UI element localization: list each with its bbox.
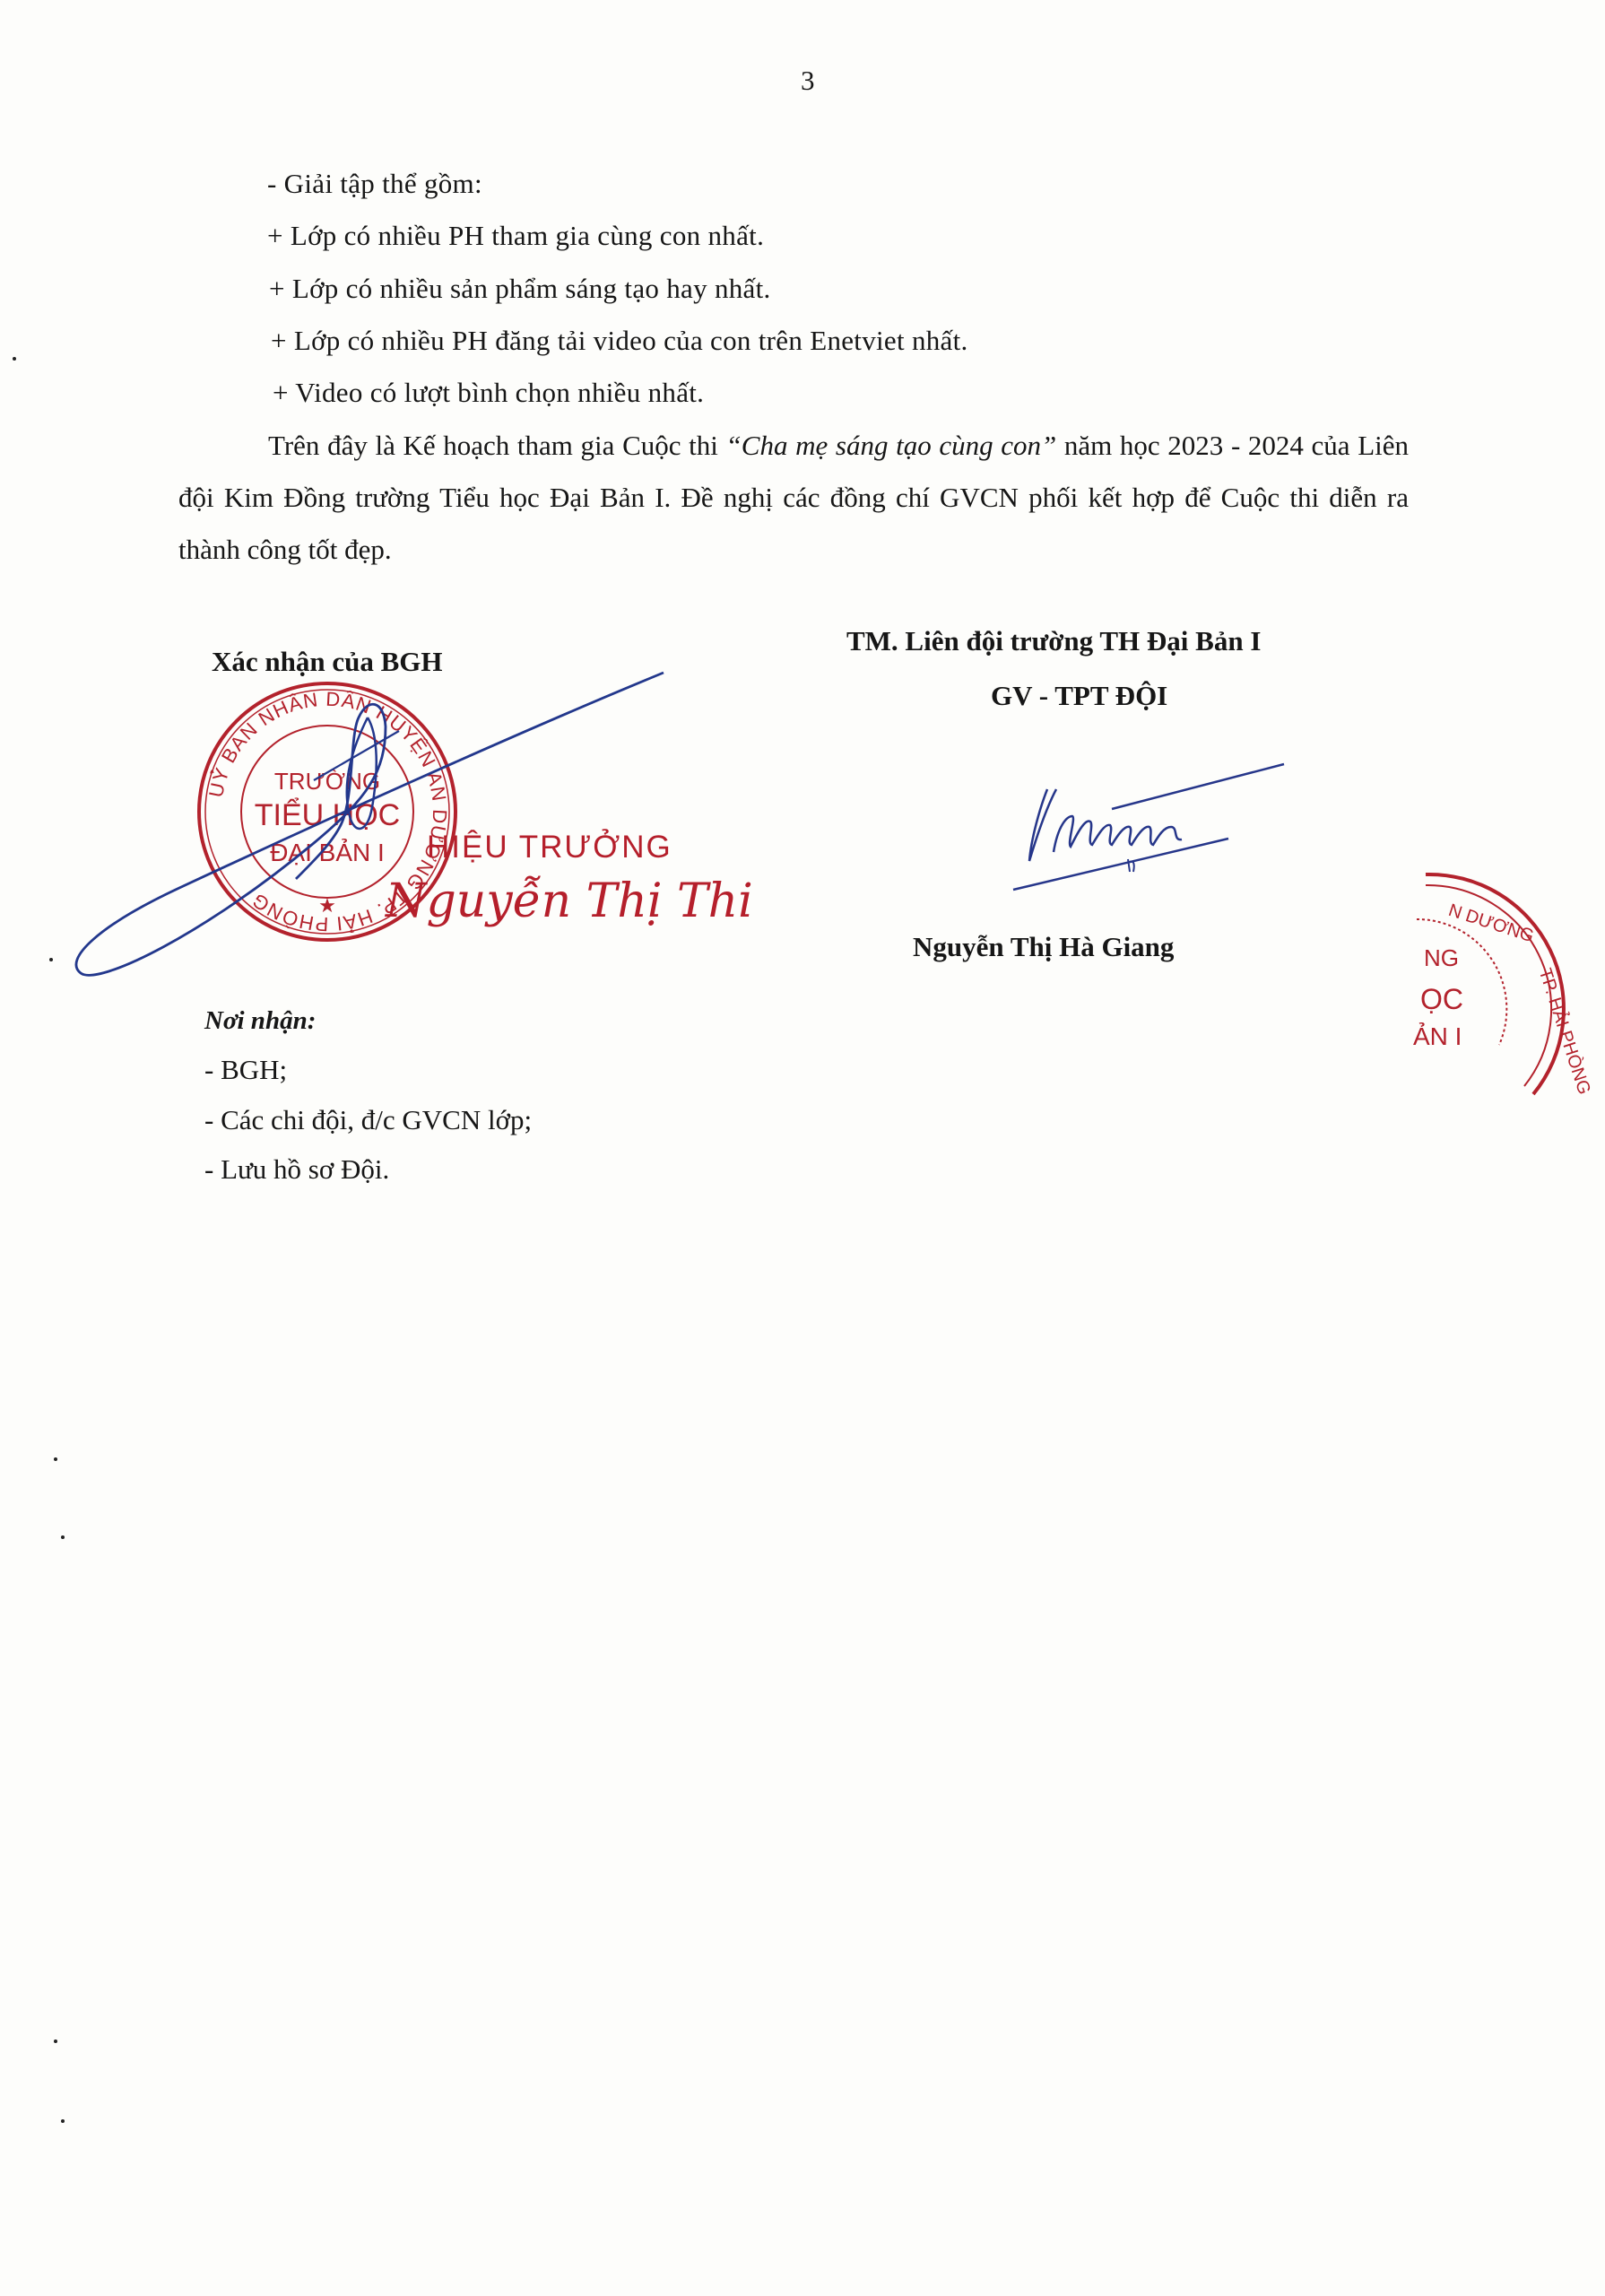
right-signer-name: Nguyễn Thị Hà Giang: [913, 931, 1174, 963]
svg-text:N DƯƠNG: N DƯƠNG: [1446, 900, 1537, 946]
scan-mark: [54, 1457, 57, 1461]
recipient-item: - Lưu hồ sơ Đội.: [204, 1153, 389, 1186]
award-item: + Lớp có nhiều sản phẩm sáng tạo hay nhấ…: [269, 273, 771, 305]
scan-mark: [13, 357, 16, 361]
recipient-item: - Các chi đội, đ/c GVCN lớp;: [204, 1104, 532, 1136]
scan-mark: [61, 2119, 65, 2123]
contest-name: “Cha mẹ sáng tạo cùng con”: [726, 430, 1057, 461]
award-item: + Video có lượt bình chọn nhiều nhất.: [273, 377, 704, 409]
award-item: + Lớp có nhiều PH đăng tải video của con…: [271, 325, 968, 357]
signature-scribble-icon: [1004, 753, 1300, 897]
recipient-item: - BGH;: [204, 1054, 287, 1086]
right-signature-title: TM. Liên đội trường TH Đại Bản I: [846, 625, 1261, 657]
right-signature-role: GV - TPT ĐỘI: [991, 680, 1167, 712]
svg-text:NG: NG: [1424, 944, 1459, 971]
svg-text:ẢN I: ẢN I: [1413, 1022, 1462, 1050]
scan-mark: [49, 958, 53, 961]
closing-intro: Trên đây là Kế hoạch tham gia Cuộc thi: [268, 430, 726, 461]
closing-paragraph: Trên đây là Kế hoạch tham gia Cuộc thi “…: [178, 420, 1409, 576]
page-number: 3: [801, 65, 815, 97]
scan-mark: [61, 1535, 65, 1539]
svg-text:ỌC: ỌC: [1420, 983, 1463, 1015]
school-stamp-partial-icon: N DƯƠNG TP. HẢI PHÒNG NG ỌC ẢN I: [1399, 865, 1605, 1135]
principal-signature-icon: [45, 664, 690, 1022]
awards-heading: - Giải tập thể gồm:: [267, 168, 482, 200]
award-item: + Lớp có nhiều PH tham gia cùng con nhất…: [267, 220, 764, 252]
recipients-label: Nơi nhận:: [204, 1006, 316, 1036]
scan-mark: [54, 2039, 57, 2043]
